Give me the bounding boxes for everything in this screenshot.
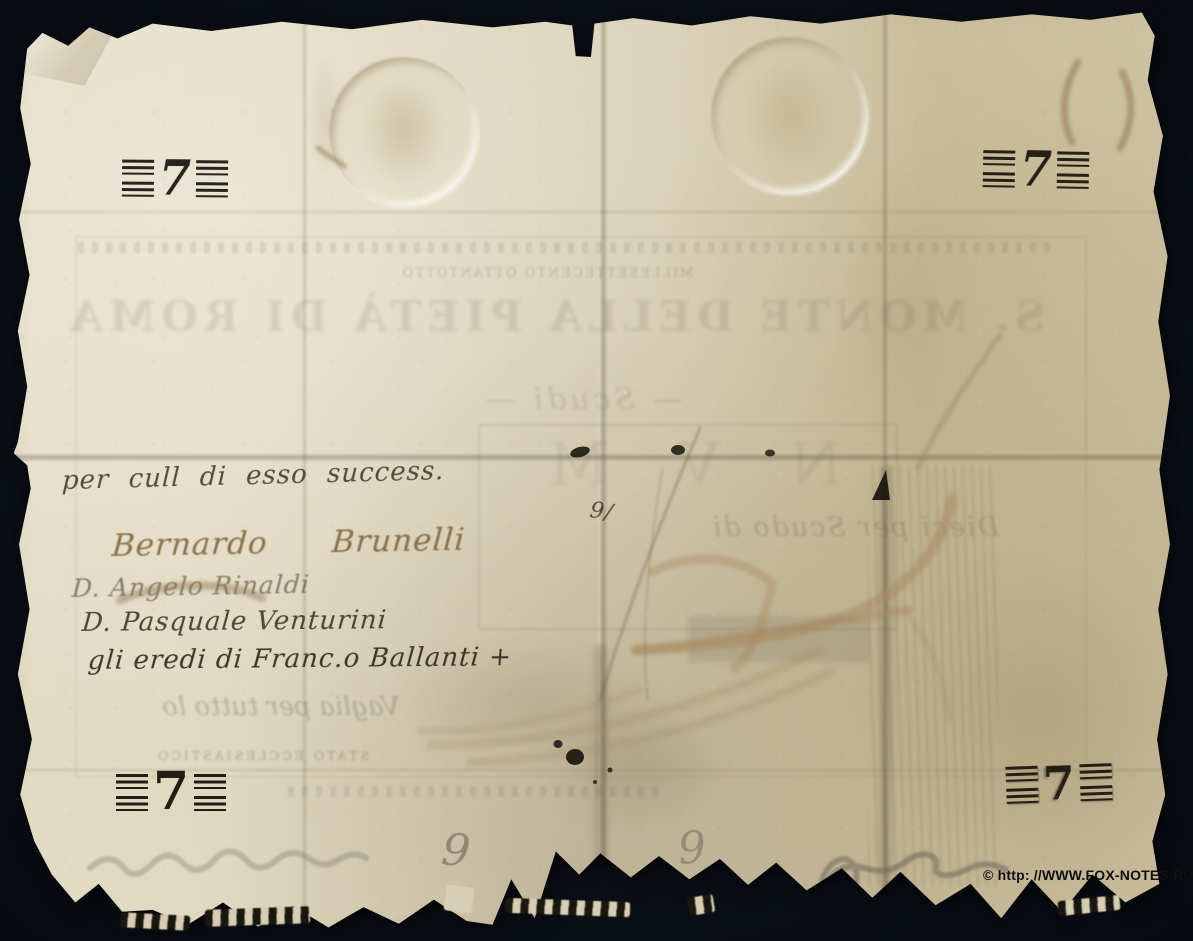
handwriting-line-4: D. Pasquale Venturini xyxy=(81,605,388,638)
handwriting-mark: 9/ xyxy=(588,498,615,526)
ink-blots xyxy=(554,445,891,784)
overprint-stamp-7-bottom-left: 7 xyxy=(116,766,226,818)
handwriting-line-5: gli eredi di Franc.o Ballanti + xyxy=(87,642,513,676)
show-through-date-line: MILLESETTECENTO OTTANTOTTO xyxy=(332,266,762,281)
overprint-stamp-7-top-right: 7 xyxy=(983,145,1090,193)
handwriting-last-name: Brunelli xyxy=(330,522,466,560)
horizontal-fold-center xyxy=(12,453,1184,462)
show-through-ornament-row xyxy=(288,786,658,797)
stamp-digit: 7 xyxy=(153,766,189,818)
paper-streaks xyxy=(868,466,998,886)
stamp-digit: 7 xyxy=(1042,759,1076,806)
show-through-vaglia-line: Vaglia per tutto lo xyxy=(124,692,438,722)
banknote: MILLESETTECENTO OTTANTOTTO S. MONTE DELL… xyxy=(12,6,1184,934)
pencil-lines xyxy=(600,428,700,700)
banknote-paper: MILLESETTECENTO OTTANTOTTO S. MONTE DELL… xyxy=(12,6,1184,934)
stamp-digit: 7 xyxy=(159,154,191,203)
overprint-stamp-7-top-left: 7 xyxy=(122,155,228,202)
overprint-stamp-7-bottom-right: 7 xyxy=(1005,758,1113,808)
horizontal-fold xyxy=(12,209,1184,215)
paper-fragment xyxy=(443,884,474,914)
stamp-bars-icon xyxy=(1057,151,1090,189)
stamp-bars-icon xyxy=(122,159,154,196)
embossed-seal-right xyxy=(712,38,868,194)
stamp-bars-icon xyxy=(194,774,226,811)
stain xyxy=(845,176,965,446)
show-through-scudi-line: — Scudi — xyxy=(152,382,1012,417)
stamp-bars-icon xyxy=(116,774,148,811)
stamp-bars-icon xyxy=(983,150,1016,188)
site-watermark: © http: //WWW.FOX-NOTES.RU xyxy=(983,867,1193,883)
show-through-ornament-row xyxy=(78,242,1053,253)
stain xyxy=(544,690,734,840)
handwriting-first-name: Bernardo xyxy=(111,525,269,564)
handwriting-line-3: D. Angelo Rinaldi xyxy=(71,570,311,603)
show-through-frame-letters: N V M xyxy=(482,430,882,498)
stamp-bars-icon xyxy=(1005,765,1038,803)
show-through-dark-panel xyxy=(688,616,870,662)
embossed-seal-left xyxy=(330,58,478,206)
photo-background: MILLESETTECENTO OTTANTOTTO S. MONTE DELL… xyxy=(0,0,1193,941)
handwriting-line-1: per cull di esso success. xyxy=(61,456,445,496)
stamp-digit: 7 xyxy=(1020,145,1053,194)
handwriting-bottom-numeral: 9 xyxy=(439,824,473,878)
stamp-bars-icon xyxy=(1079,763,1112,801)
show-through-dieci-line: Dieci per Scudo di xyxy=(618,512,1092,543)
handwriting-bottom-numeral: 9 xyxy=(676,822,708,875)
folded-corner xyxy=(18,16,113,86)
stamp-bars-icon xyxy=(196,160,228,197)
handwriting-line-2: Bernardo Brunelli xyxy=(111,522,467,564)
show-through-title: S. MONTE DELLA PIETÀ DI ROMA xyxy=(140,292,1045,341)
fold-shadow xyxy=(592,646,610,906)
show-through-panel-frame xyxy=(478,424,898,630)
